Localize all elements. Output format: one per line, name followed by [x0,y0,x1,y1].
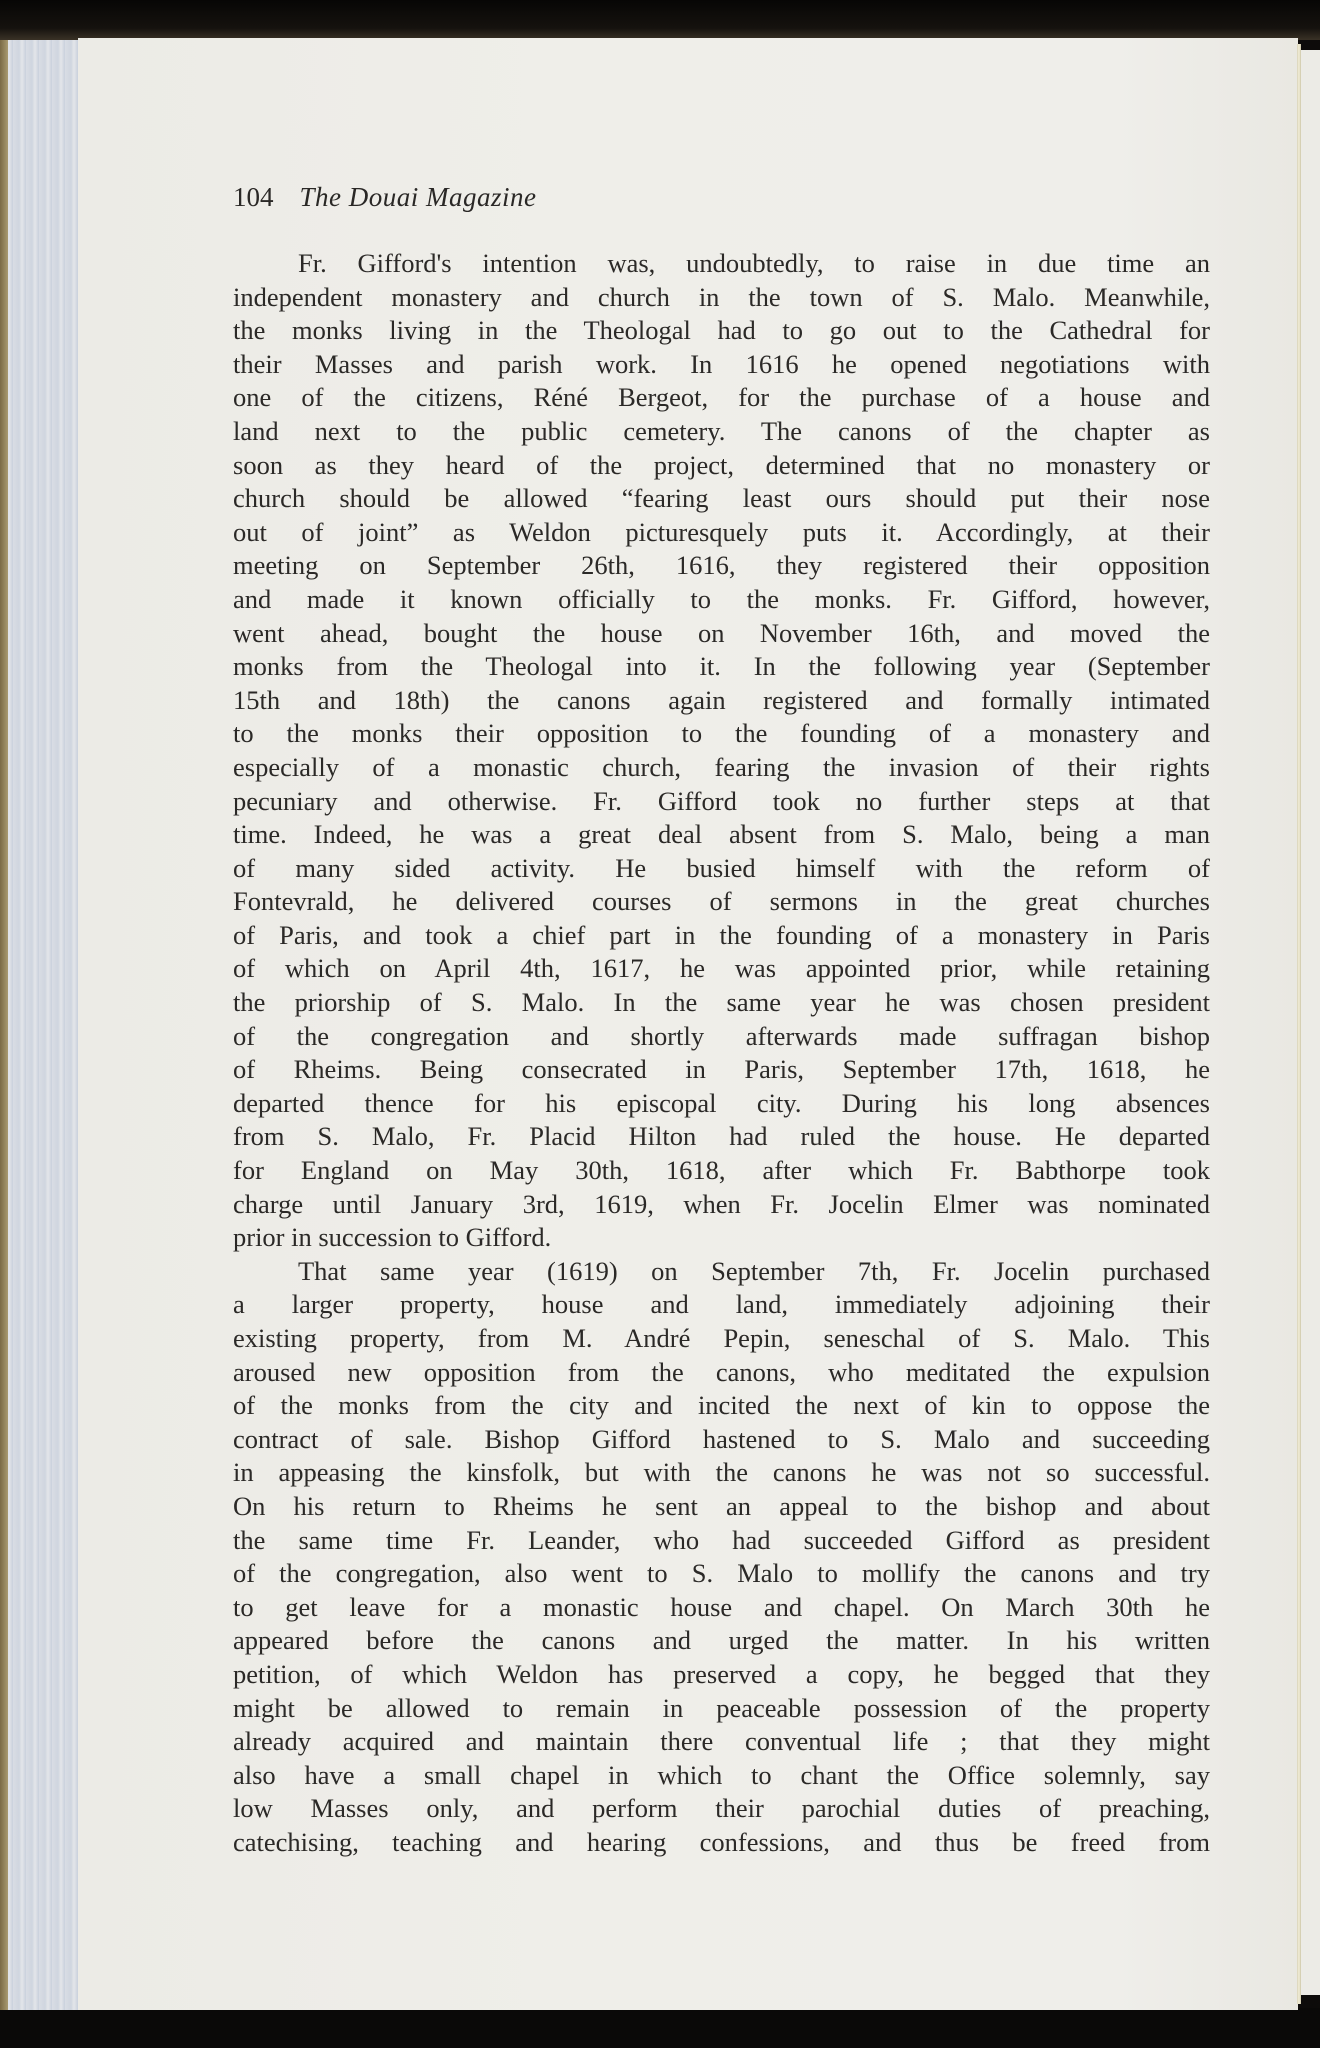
text-line: Fr. Gifford's intention was, undoubtedly… [233,247,1210,281]
text-line: time. Indeed, he was a great deal absent… [233,818,1210,852]
text-line: of Rheims. Being consecrated in Paris, S… [233,1053,1210,1087]
text-line: of the congregation, also went to S. Mal… [233,1557,1210,1591]
text-line: of which on April 4th, 1617, he was appo… [233,952,1210,986]
text-line: to the monks their opposition to the fou… [233,717,1210,751]
text-line: the same time Fr. Leander, who had succe… [233,1524,1210,1558]
text-line: aroused new opposition from the canons, … [233,1356,1210,1390]
text-line: church should be allowed “fearing least … [233,482,1210,516]
text-line: one of the citizens, Réné Bergeot, for t… [233,381,1210,415]
dark-background-top [0,0,1320,40]
text-line: also have a small chapel in which to cha… [233,1759,1210,1793]
text-line: in appeasing the kinsfolk, but with the … [233,1456,1210,1490]
text-line: out of joint” as Weldon picturesquely pu… [233,516,1210,550]
text-line: petition, of which Weldon has preserved … [233,1658,1210,1692]
text-line: charge until January 3rd, 1619, when Fr.… [233,1188,1210,1222]
text-line: That same year (1619) on September 7th, … [233,1255,1210,1289]
text-line: appeared before the canons and urged the… [233,1624,1210,1658]
text-line: a larger property, house and land, immed… [233,1288,1210,1322]
text-line: meeting on September 26th, 1616, they re… [233,549,1210,583]
book-spine-edge [0,40,8,2010]
text-line: for England on May 30th, 1618, after whi… [233,1154,1210,1188]
text-line: 15th and 18th) the canons again register… [233,684,1210,718]
text-line: contract of sale. Bishop Gifford hastene… [233,1423,1210,1457]
text-line: existing property, from M. André Pepin, … [233,1322,1210,1356]
text-line: the monks living in the Theologal had to… [233,314,1210,348]
text-line: monks from the Theologal into it. In the… [233,650,1210,684]
running-head: 104The Douai Magazine [233,182,536,213]
article-body: Fr. Gifford's intention was, undoubtedly… [233,247,1210,1860]
text-line: Fontevrald, he delivered courses of serm… [233,885,1210,919]
text-line: from S. Malo, Fr. Placid Hilton had rule… [233,1120,1210,1154]
text-line: land next to the public cemetery. The ca… [233,415,1210,449]
text-line: of the monks from the city and incited t… [233,1389,1210,1423]
text-line: and made it known officially to the monk… [233,583,1210,617]
text-line: of Paris, and took a chief part in the f… [233,919,1210,953]
text-line: catechising, teaching and hearing confes… [233,1826,1210,1860]
text-line: of many sided activity. He busied himsel… [233,852,1210,886]
text-line: might be allowed to remain in peaceable … [233,1692,1210,1726]
page-stack-edge [0,40,80,2010]
publication-title: The Douai Magazine [300,182,537,212]
text-line: of the congregation and shortly afterwar… [233,1020,1210,1054]
text-line: independent monastery and church in the … [233,281,1210,315]
text-line: departed thence for his episcopal city. … [233,1087,1210,1121]
text-line: to get leave for a monastic house and ch… [233,1591,1210,1625]
text-line: the priorship of S. Malo. In the same ye… [233,986,1210,1020]
text-line: pecuniary and otherwise. Fr. Gifford too… [233,785,1210,819]
text-line: especially of a monastic church, fearing… [233,751,1210,785]
text-line: already acquired and maintain there conv… [233,1725,1210,1759]
text-line: went ahead, bought the house on November… [233,617,1210,651]
text-line: soon as they heard of the project, deter… [233,449,1210,483]
text-line: prior in succession to Gifford. [233,1221,1210,1255]
page-number: 104 [233,182,274,212]
dark-background-bottom [0,2008,1320,2048]
text-line: On his return to Rheims he sent an appea… [233,1490,1210,1524]
text-line: low Masses only, and perform their paroc… [233,1792,1210,1826]
text-line: their Masses and parish work. In 1616 he… [233,348,1210,382]
facing-page-edge [1301,50,1320,1995]
